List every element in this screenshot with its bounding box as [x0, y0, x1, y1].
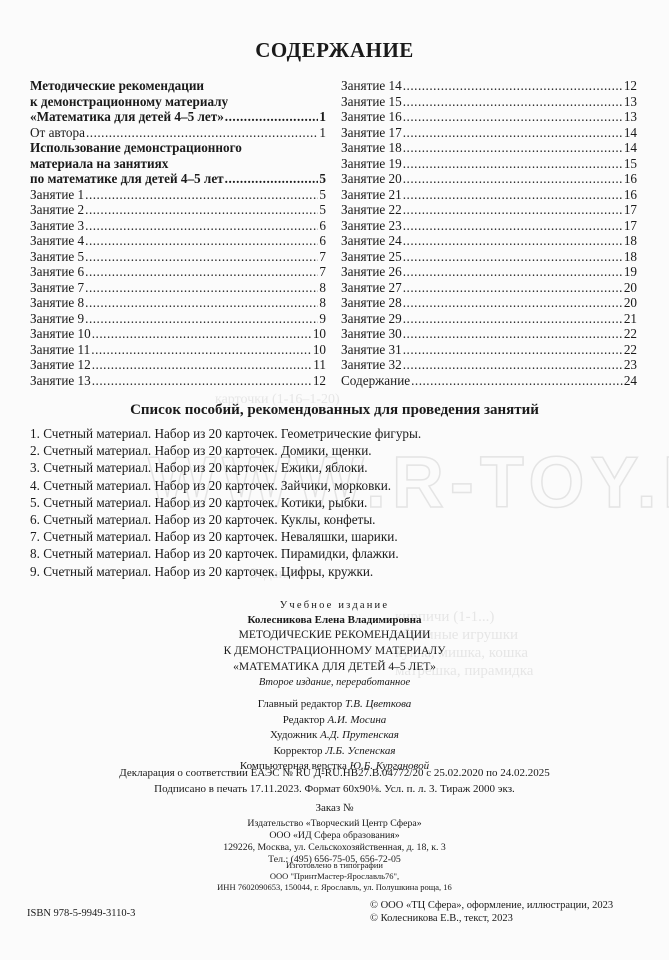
- toc-entry-label: Занятие 7: [30, 280, 84, 296]
- toc-page-number: 16: [624, 187, 637, 203]
- dot-leader: [85, 295, 318, 311]
- credit-line: Редактор А.И. Мосина: [0, 713, 669, 729]
- publisher-line: 129226, Москва, ул. Сельскохозяйственная…: [0, 842, 669, 854]
- printer-line: ИНН 7602090653, 150044, г. Ярославль, ул…: [0, 882, 669, 893]
- dot-leader: [403, 202, 623, 218]
- dot-leader: [403, 78, 623, 94]
- toc-entry[interactable]: Занятие 1010: [30, 326, 326, 342]
- toc-page-number: 10: [313, 342, 326, 358]
- page-title: СОДЕРЖАНИЕ: [0, 38, 669, 63]
- toc-heading-line: Методические рекомендации: [30, 78, 326, 94]
- toc-entry[interactable]: Занятие 67: [30, 264, 326, 280]
- aids-list-title: Список пособий, рекомендованных для пров…: [0, 402, 669, 419]
- toc-entry-label: Занятие 11: [30, 342, 90, 358]
- toc-page-number: 23: [624, 357, 637, 373]
- dot-leader: [92, 373, 312, 389]
- book-title-line: К ДЕМОНСТРАЦИОННОМУ МАТЕРИАЛУ: [0, 645, 669, 657]
- toc-page-number: 5: [319, 187, 326, 203]
- toc-entry-label: Занятие 5: [30, 249, 84, 265]
- isbn: ISBN 978-5-9949-3110-3: [27, 908, 135, 919]
- toc-entry[interactable]: Занятие 1714: [341, 125, 637, 141]
- dot-leader: [403, 326, 623, 342]
- toc-entry[interactable]: Занятие 3122: [341, 342, 637, 358]
- aids-list-item: 8. Счетный материал. Набор из 20 карточе…: [30, 545, 421, 562]
- printer-line: ООО "ПринтМастер-Ярославль76",: [0, 871, 669, 882]
- dot-leader: [403, 218, 623, 234]
- book-page: карточки (1-16–1-20) Задание кирпичи (1-…: [0, 0, 669, 960]
- dot-leader: [86, 125, 318, 141]
- toc-entry[interactable]: Занятие 2418: [341, 233, 637, 249]
- toc-entry[interactable]: Занятие 2820: [341, 295, 637, 311]
- toc-page-number: 13: [624, 94, 637, 110]
- toc-entry[interactable]: Занятие 2116: [341, 187, 637, 203]
- toc-page-number: 22: [624, 342, 637, 358]
- toc-entry-label: Занятие 26: [341, 264, 402, 280]
- copyright-block: © ООО «ТЦ Сфера», оформление, иллюстраци…: [370, 899, 613, 925]
- dot-leader: [85, 202, 318, 218]
- toc-entry[interactable]: Занятие 99: [30, 311, 326, 327]
- dot-leader: [403, 156, 623, 172]
- dot-leader: [403, 233, 623, 249]
- dot-leader: [225, 109, 319, 125]
- toc-page-number: 21: [624, 311, 637, 327]
- book-title-line: «МАТЕМАТИКА ДЛЯ ДЕТЕЙ 4–5 ЛЕТ»: [0, 661, 669, 673]
- toc-page-number: 18: [624, 233, 637, 249]
- copyright-line: © Колесникова Е.В., текст, 2023: [370, 912, 613, 925]
- toc-page-number: 12: [624, 78, 637, 94]
- publisher-line: Издательство «Творческий Центр Сфера»: [0, 818, 669, 830]
- toc-entry[interactable]: Занятие 2217: [341, 202, 637, 218]
- dot-leader: [403, 140, 623, 156]
- toc-page-number: 22: [624, 326, 637, 342]
- credit-name: Л.Б. Успенская: [325, 745, 395, 757]
- toc-entry-label: Занятие 14: [341, 78, 402, 94]
- toc-entry[interactable]: Занятие 1110: [30, 342, 326, 358]
- dot-leader: [85, 311, 318, 327]
- toc-entry[interactable]: Занятие 25: [30, 202, 326, 218]
- toc-page-number: 6: [319, 218, 326, 234]
- credit-name: Т.В. Цветкова: [345, 698, 411, 710]
- toc-page-number: 11: [313, 357, 326, 373]
- author-name: Колесникова Елена Владимировна: [0, 614, 669, 626]
- toc-page-number: 7: [319, 249, 326, 265]
- dot-leader: [411, 373, 623, 389]
- toc-entry-label: «Математика для детей 4–5 лет»: [30, 109, 224, 125]
- toc-entry[interactable]: Занятие 57: [30, 249, 326, 265]
- copyright-line: © ООО «ТЦ Сфера», оформление, иллюстраци…: [370, 899, 613, 912]
- toc-entry[interactable]: Занятие 1915: [341, 156, 637, 172]
- dot-leader: [403, 109, 623, 125]
- toc-entry-label: Занятие 9: [30, 311, 84, 327]
- aids-list-item: 9. Счетный материал. Набор из 20 карточе…: [30, 563, 421, 580]
- toc-entry-label: От автора: [30, 125, 85, 141]
- toc-page-number: 13: [624, 109, 637, 125]
- toc-entry[interactable]: Занятие 2016: [341, 171, 637, 187]
- toc-entry-label: Занятие 29: [341, 311, 402, 327]
- toc-page-number: 15: [624, 156, 637, 172]
- toc-entry-label: Занятие 1: [30, 187, 84, 203]
- toc-page-number: 24: [624, 373, 637, 389]
- dot-leader: [85, 264, 318, 280]
- dot-leader: [403, 171, 623, 187]
- book-title-line: МЕТОДИЧЕСКИЕ РЕКОМЕНДАЦИИ: [0, 629, 669, 641]
- toc-entry[interactable]: «Математика для детей 4–5 лет»1: [30, 109, 326, 125]
- toc-entry[interactable]: Занятие 3022: [341, 326, 637, 342]
- toc-entry-label: Занятие 32: [341, 357, 402, 373]
- toc-entry[interactable]: Занятие 2921: [341, 311, 637, 327]
- printer-info: Изготовлено в типографииООО "ПринтМастер…: [0, 860, 669, 893]
- toc-entry[interactable]: Занятие 2518: [341, 249, 637, 265]
- toc-entry-label: Занятие 18: [341, 140, 402, 156]
- credit-line: Художник А.Д. Прутенская: [0, 728, 669, 744]
- credit-line: Корректор Л.Б. Успенская: [0, 744, 669, 760]
- toc-page-number: 20: [624, 295, 637, 311]
- toc-page-number: 17: [624, 202, 637, 218]
- toc-page-number: 20: [624, 280, 637, 296]
- aids-list-item: 2. Счетный материал. Набор из 20 карточе…: [30, 442, 421, 459]
- credit-role: Художник: [270, 729, 317, 741]
- toc-entry-label: Занятие 20: [341, 171, 402, 187]
- toc-entry-label: Содержание: [341, 373, 410, 389]
- toc-entry-label: Занятие 23: [341, 218, 402, 234]
- toc-entry[interactable]: Занятие 2619: [341, 264, 637, 280]
- aids-list-item: 3. Счетный материал. Набор из 20 карточе…: [30, 459, 421, 476]
- aids-list-item: 4. Счетный материал. Набор из 20 карточе…: [30, 477, 421, 494]
- toc-entry[interactable]: Занятие 1613: [341, 109, 637, 125]
- toc-entry[interactable]: Занятие 1814: [341, 140, 637, 156]
- dot-leader: [85, 187, 318, 203]
- toc-entry-label: Занятие 16: [341, 109, 402, 125]
- edition-kind: Учебное издание: [0, 600, 669, 611]
- order-number: Заказ №: [0, 802, 669, 814]
- dot-leader: [403, 125, 623, 141]
- toc-entry-label: Занятие 17: [341, 125, 402, 141]
- toc-page-number: 5: [319, 202, 326, 218]
- toc-entry-label: Занятие 28: [341, 295, 402, 311]
- toc-entry-label: Занятие 10: [30, 326, 91, 342]
- toc-entry[interactable]: Занятие 1513: [341, 94, 637, 110]
- dot-leader: [85, 249, 318, 265]
- toc-entry[interactable]: Занятие 1412: [341, 78, 637, 94]
- publisher-line: ООО «ИД Сфера образования»: [0, 830, 669, 842]
- toc-entry-label: Занятие 2: [30, 202, 84, 218]
- toc-entry[interactable]: От автора1: [30, 125, 326, 141]
- toc-entry-label: Занятие 22: [341, 202, 402, 218]
- toc-heading-line: материала на занятиях: [30, 156, 326, 172]
- dot-leader: [403, 187, 623, 203]
- print-details: Подписано в печать 17.11.2023. Формат 60…: [0, 783, 669, 795]
- toc-entry-label: по математике для детей 4–5 лет: [30, 171, 224, 187]
- dot-leader: [403, 311, 623, 327]
- dot-leader: [225, 171, 319, 187]
- declaration: Декларация о соответствии ЕАЭС № RU Д-RU…: [0, 767, 669, 779]
- publisher-info: Издательство «Творческий Центр Сфера»ООО…: [0, 818, 669, 866]
- toc-page-number: 14: [624, 140, 637, 156]
- toc-page-number: 10: [313, 326, 326, 342]
- toc-page-number: 1: [319, 109, 326, 125]
- toc-heading-line: Использование демонстрационного: [30, 140, 326, 156]
- toc-entry-label: Занятие 12: [30, 357, 91, 373]
- credit-role: Редактор: [283, 714, 325, 726]
- dot-leader: [403, 357, 623, 373]
- toc-entry-label: Занятие 25: [341, 249, 402, 265]
- toc-entry-label: Занятие 30: [341, 326, 402, 342]
- toc-page-number: 12: [313, 373, 326, 389]
- toc-entry-label: Занятие 31: [341, 342, 402, 358]
- toc-right-column: Занятие 1412Занятие 1513Занятие 1613Заня…: [341, 78, 637, 388]
- dot-leader: [92, 357, 313, 373]
- toc-page-number: 6: [319, 233, 326, 249]
- toc-entry-label: Занятие 24: [341, 233, 402, 249]
- dot-leader: [403, 295, 623, 311]
- toc-page-number: 18: [624, 249, 637, 265]
- aids-list-item: 7. Счетный материал. Набор из 20 карточе…: [30, 528, 421, 545]
- credit-name: А.Д. Прутенская: [320, 729, 399, 741]
- toc-entry-label: Занятие 13: [30, 373, 91, 389]
- credits-block: Главный редактор Т.В. ЦветковаРедактор А…: [0, 697, 669, 775]
- aids-list-item: 6. Счетный материал. Набор из 20 карточе…: [30, 511, 421, 528]
- edition-note: Второе издание, переработанное: [0, 677, 669, 688]
- toc-entry[interactable]: Занятие 1211: [30, 357, 326, 373]
- toc-entry-label: Занятие 19: [341, 156, 402, 172]
- dot-leader: [403, 280, 623, 296]
- toc-entry[interactable]: по математике для детей 4–5 лет5: [30, 171, 326, 187]
- toc-left-column: Методические рекомендациик демонстрацион…: [30, 78, 326, 388]
- toc-page-number: 19: [624, 264, 637, 280]
- dot-leader: [92, 326, 312, 342]
- toc-page-number: 5: [319, 171, 326, 187]
- toc-entry-label: Занятие 21: [341, 187, 402, 203]
- toc-entry-label: Занятие 6: [30, 264, 84, 280]
- aids-list: 1. Счетный материал. Набор из 20 карточе…: [30, 425, 421, 580]
- toc-entry[interactable]: Занятие 36: [30, 218, 326, 234]
- dot-leader: [403, 264, 623, 280]
- toc-entry[interactable]: Занятие 88: [30, 295, 326, 311]
- toc-page-number: 7: [319, 264, 326, 280]
- toc-entry[interactable]: Занятие 2317: [341, 218, 637, 234]
- toc-page-number: 14: [624, 125, 637, 141]
- toc-entry-label: Занятие 15: [341, 94, 402, 110]
- credit-name: А.И. Мосина: [328, 714, 387, 726]
- dot-leader: [85, 233, 318, 249]
- toc-entry-label: Занятие 4: [30, 233, 84, 249]
- toc-entry[interactable]: Занятие 78: [30, 280, 326, 296]
- printer-line: Изготовлено в типографии: [0, 860, 669, 871]
- dot-leader: [403, 249, 623, 265]
- toc-page-number: 1: [319, 125, 326, 141]
- toc-entry[interactable]: Занятие 15: [30, 187, 326, 203]
- toc-entry[interactable]: Занятие 1312: [30, 373, 326, 389]
- toc-entry[interactable]: Занятие 46: [30, 233, 326, 249]
- dot-leader: [403, 94, 623, 110]
- toc-page-number: 8: [319, 280, 326, 296]
- dot-leader: [403, 342, 623, 358]
- aids-list-item: 1. Счетный материал. Набор из 20 карточе…: [30, 425, 421, 442]
- toc-entry-label: Занятие 27: [341, 280, 402, 296]
- toc-entry[interactable]: Занятие 3223: [341, 357, 637, 373]
- toc-page-number: 8: [319, 295, 326, 311]
- credit-role: Корректор: [274, 745, 323, 757]
- dot-leader: [91, 342, 312, 358]
- toc-heading-line: к демонстрационному материалу: [30, 94, 326, 110]
- aids-list-item: 5. Счетный материал. Набор из 20 карточе…: [30, 494, 421, 511]
- dot-leader: [85, 218, 318, 234]
- credit-line: Главный редактор Т.В. Цветкова: [0, 697, 669, 713]
- dot-leader: [85, 280, 318, 296]
- credit-role: Главный редактор: [258, 698, 343, 710]
- toc-entry-label: Занятие 8: [30, 295, 84, 311]
- toc-entry[interactable]: Содержание24: [341, 373, 637, 389]
- toc-page-number: 9: [319, 311, 326, 327]
- toc-page-number: 17: [624, 218, 637, 234]
- toc-entry-label: Занятие 3: [30, 218, 84, 234]
- toc-entry[interactable]: Занятие 2720: [341, 280, 637, 296]
- toc-page-number: 16: [624, 171, 637, 187]
